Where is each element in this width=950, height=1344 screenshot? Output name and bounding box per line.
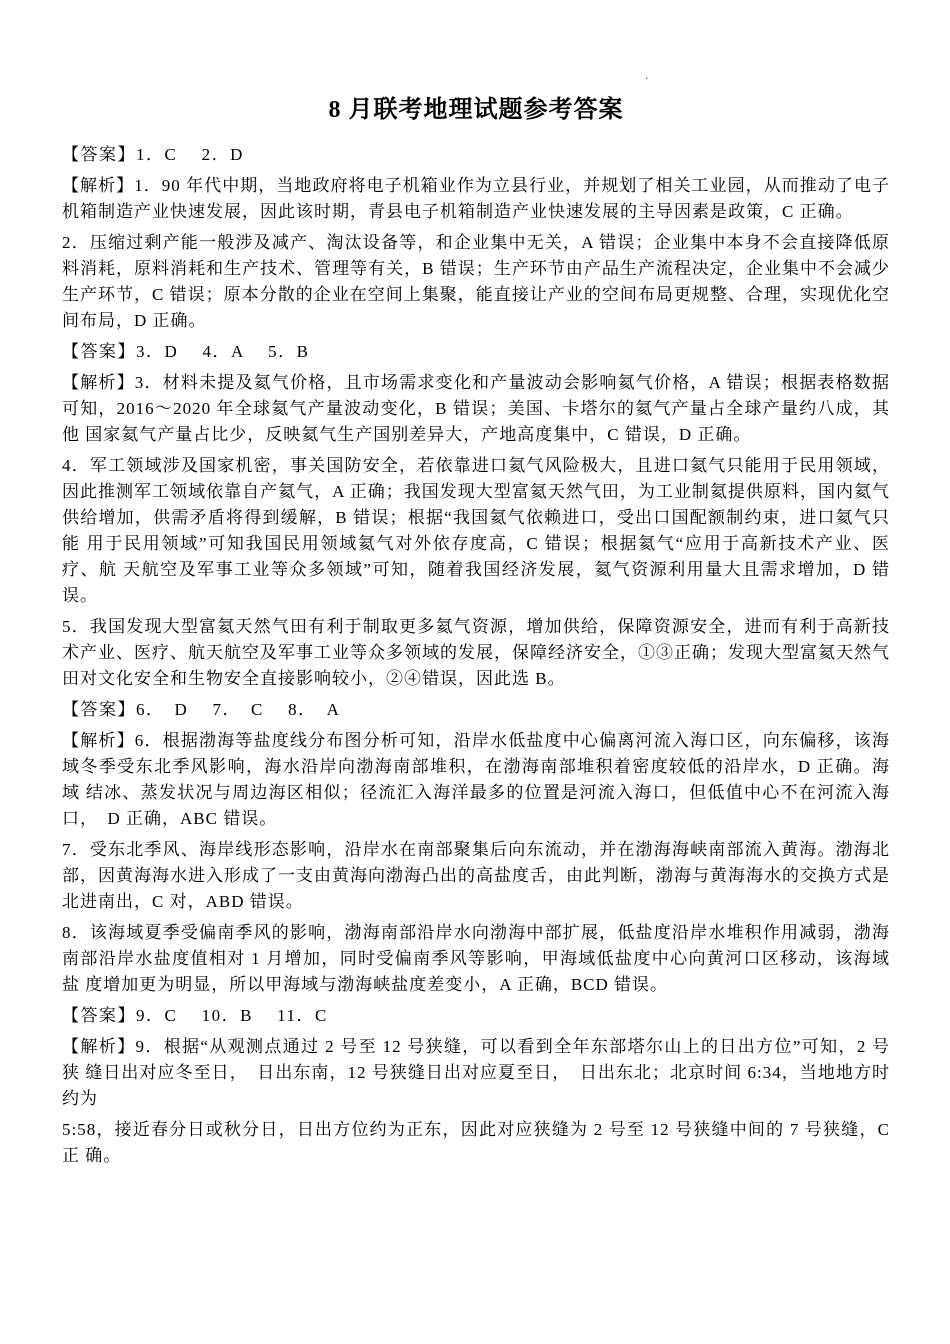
explanation-q2: 2．压缩过剩产能一般涉及减产、淘汰设备等，和企业集中无关，A 错误；企业集中本身… — [62, 230, 890, 334]
explanation-q8: 8．该海域夏季受偏南季风的影响，渤海南部沿岸水向渤海中部扩展，低盐度沿岸水堆积作… — [62, 920, 890, 998]
explanation-q4: 4．军工领域涉及国家机密，事关国防安全，若依靠进口氦气风险极大，且进口氦气只能用… — [62, 453, 890, 609]
document-content: 8 月联考地理试题参考答案 【答案】1．C 2．D 【解析】1．90 年代中期，… — [62, 94, 890, 1174]
explanation-q7: 7．受东北季风、海岸线形态影响，沿岸水在南部聚集后向东流动，并在渤海海峡南部流入… — [62, 837, 890, 915]
answer-line-q9-11: 【答案】9．C 10．B 11．C — [62, 1003, 890, 1029]
explanation-q5: 5．我国发现大型富氦天然气田有利于制取更多氦气资源，增加供给，保障资源安全，进而… — [62, 614, 890, 692]
answer-line-q1-2: 【答案】1．C 2．D — [62, 142, 890, 168]
document-page: . 8 月联考地理试题参考答案 【答案】1．C 2．D 【解析】1．90 年代中… — [0, 0, 950, 1344]
explanation-q3: 【解析】3．材料未提及氦气价格，且市场需求变化和产量波动会影响氦气价格，A 错误… — [62, 370, 890, 448]
explanation-q9-continued: 5:58，接近春分日或秋分日，日出方位约为正东，因此对应狭缝为 2 号至 12 … — [62, 1117, 890, 1169]
explanation-q9: 【解析】9．根据“从观测点通过 2 号至 12 号狭缝，可以看到全年东部塔尔山上… — [62, 1034, 890, 1112]
answer-line-q3-5: 【答案】3．D 4．A 5．B — [62, 339, 890, 365]
page-title: 8 月联考地理试题参考答案 — [62, 94, 890, 126]
explanation-q1: 【解析】1．90 年代中期，当地政府将电子机箱业作为立县行业，并规划了相关工业园… — [62, 173, 890, 225]
explanation-q6: 【解析】6．根据渤海等盐度线分布图分析可知，沿岸水低盐度中心偏离河流入海口区，向… — [62, 728, 890, 832]
stray-dot-mark: . — [645, 68, 648, 81]
answer-line-q6-8: 【答案】6． D 7． C 8． A — [62, 697, 890, 723]
